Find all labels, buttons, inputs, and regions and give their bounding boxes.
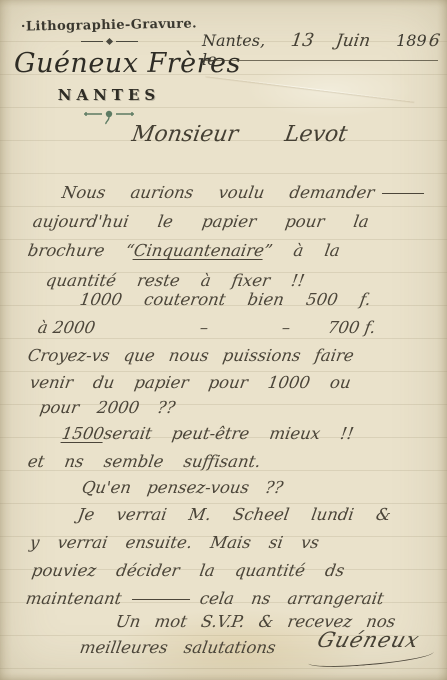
paper-crease — [206, 75, 415, 102]
dateline-year-printed: 189 — [396, 31, 427, 50]
dateline-printed-place: Nantes, le — [202, 31, 265, 69]
pen-flourish-icon — [382, 193, 424, 194]
body-line-15: pouviez décider la quantité ds — [32, 561, 344, 580]
body-line-8: venir du papier pour 1000 ou — [30, 373, 351, 392]
body-line-16: maintenantcela ns arrangerait — [26, 589, 383, 608]
body-line-4: quantité reste à fixer !! — [46, 271, 305, 290]
body-line-14: y verrai ensuite. Mais si vs — [30, 533, 319, 552]
salutation: Monsieur Levot — [132, 122, 347, 147]
dateline-month: Juin — [335, 31, 372, 51]
letterhead-company-name: Guéneux Frères — [14, 48, 204, 79]
body-line-7: Croyez-vs que nous puissions faire — [28, 346, 354, 365]
body-line-13: Je verrai M. Scheel lundi & — [78, 505, 391, 524]
letterhead-city: NANTES — [14, 86, 204, 104]
body-line-1: Nous aurions voulu demander — [62, 183, 424, 202]
body-line-5: 1000 couteront bien 500 f. — [80, 290, 371, 309]
body-line-11: et ns semble suffisant. — [28, 452, 261, 471]
underlined-word: Cinquantenaire — [133, 241, 266, 260]
body-line-18: meilleures salutations — [80, 638, 276, 657]
pen-flourish-icon — [131, 599, 189, 600]
body-line-12: Qu'en pensez-vous ?? — [82, 478, 283, 497]
dateline-day: 13 — [290, 30, 316, 51]
underlined-word: 1500 — [60, 424, 105, 443]
diamond-rule-icon — [14, 37, 204, 45]
dateline-year-digit: 6 — [427, 31, 441, 51]
dateline: Nantes, le 13 Juin 189 6 — [202, 30, 438, 61]
body-line-3: brochure “Cinquantenaire” à la — [28, 241, 340, 260]
scanned-letter: ·Lithographie-Gravure. Guéneux Frères NA… — [0, 0, 447, 680]
body-line-2: aujourd'hui le papier pour la — [33, 212, 369, 231]
letterhead-trade-line: ·Lithographie-Gravure. — [14, 16, 204, 34]
body-line-10: 1500 serait peut-être mieux !! — [62, 424, 354, 443]
letterhead: ·Lithographie-Gravure. Guéneux Frères NA… — [14, 18, 204, 129]
body-line-9: pour 2000 ?? — [40, 398, 175, 417]
